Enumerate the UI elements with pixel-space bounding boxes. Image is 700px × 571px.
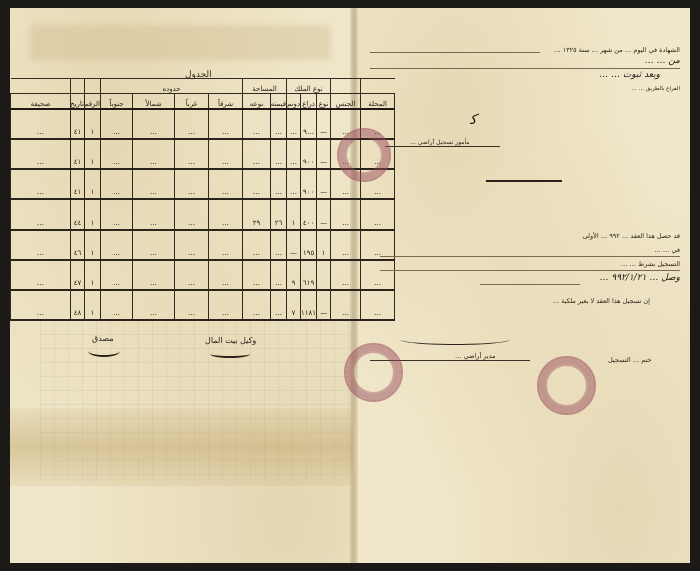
water-stain — [10, 408, 353, 486]
deed-line-1: الشهادة في اليوم … من شهر … سنة ١٣٢٥ … — [554, 46, 680, 54]
deed-line-3: وبعد ثبوت … … — [599, 70, 660, 80]
director-signature-flourish — [400, 334, 510, 345]
column-header: جنوباً — [101, 94, 133, 110]
faded-header-area — [30, 25, 330, 60]
fill-line — [380, 256, 680, 257]
transfer-line-3: التسجيل بشرط … … — [621, 260, 680, 268]
header-group: المساحة — [243, 79, 287, 94]
deed-line-4: الفراغ بالطريق … … — [631, 86, 680, 92]
column-header: شرقاً — [209, 94, 243, 110]
signature-label-certified: مصدق — [92, 334, 114, 343]
column-header: ذراع — [301, 94, 317, 110]
transfer-line-1: قد حصل هذا العقد … ٩٩٢ … الأولى — [583, 232, 680, 240]
column-header: نوعه — [243, 94, 271, 110]
fill-line — [380, 270, 680, 271]
signature-flourish-left — [88, 345, 120, 357]
fill-line — [370, 68, 680, 69]
signature-flourish-center — [210, 350, 250, 358]
column-header: الرقم — [85, 94, 101, 110]
deed-line-2: من … … — [645, 56, 680, 66]
seal-bottom-left-icon — [344, 343, 403, 402]
transfer-line-4: وصل … ٩٩٢/١/٢١ … — [600, 273, 680, 283]
column-header: غرباً — [175, 94, 209, 110]
transfer-line-2: في … … — [654, 246, 680, 254]
table-row: ……—٤٠٠١٢٦٢٩…………١٤٤… — [11, 199, 395, 229]
fill-line — [370, 52, 540, 53]
column-header: نوع — [317, 94, 331, 110]
column-header: شمالاً — [133, 94, 175, 110]
registry-note: إن تسجيل هذا العقد لا يغير ملكية … — [553, 297, 650, 305]
seal-top-icon — [337, 128, 391, 182]
table-row: ……—…٩…………………١٤١… — [11, 109, 395, 139]
land-ledger-table: نوع الملك المساحة حدوده المحلة الجنس نوع… — [10, 78, 395, 321]
column-header: تاريخ — [71, 94, 85, 110]
official-title: مأمور تسجيل أراضي … — [410, 139, 470, 146]
header-group: حدوده — [101, 79, 243, 94]
column-header: صحيفة — [11, 94, 71, 110]
fill-line — [480, 284, 580, 285]
table-row: ……—١١٨١٧………………١٤٨… — [11, 290, 395, 320]
header-group-row: نوع الملك المساحة حدوده — [11, 79, 395, 94]
section-divider — [486, 180, 562, 182]
signature-label-treasury-agent: وكيل بيت المال — [205, 336, 256, 345]
seal-bottom-right-icon — [537, 356, 596, 415]
official-signature-mark: ﻛ — [470, 112, 477, 128]
header-group: نوع الملك — [287, 79, 331, 94]
table-row: ……١١٩٥—………………١٤٦… — [11, 230, 395, 260]
table-row: ……—٩٠٠…………………١٤١… — [11, 169, 395, 199]
column-header: قيمته — [271, 94, 287, 110]
stamp-caption: ختم … التسجيل — [608, 356, 652, 364]
director-title: مدير أراضي … — [455, 352, 496, 360]
column-header: المحلة — [361, 94, 395, 110]
table-row: ……٦١٩٩………………١٤٧… — [11, 260, 395, 290]
official-signature-line — [385, 146, 500, 147]
column-header: دونم — [287, 94, 301, 110]
column-header: الجنس — [331, 94, 361, 110]
column-header-row: المحلة الجنس نوع ذراع دونم قيمته نوعه شر… — [11, 94, 395, 110]
